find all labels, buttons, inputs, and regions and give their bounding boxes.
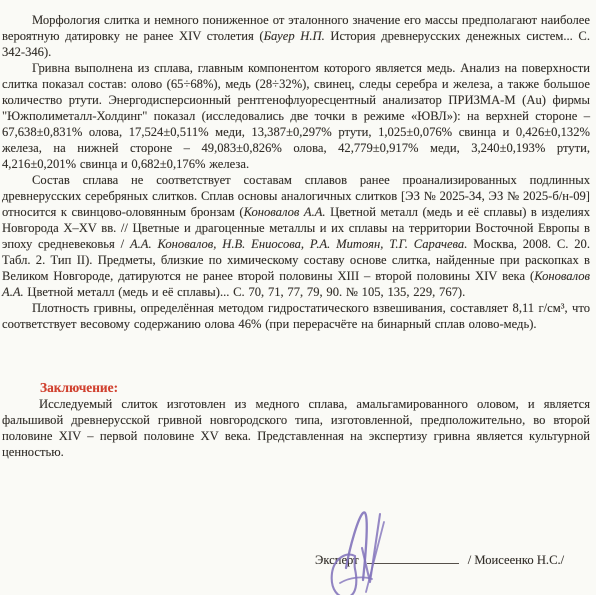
- text-segment: Цветной металл (медь и её сплавы)... С. …: [24, 285, 466, 299]
- signature-row: Эксперт/ Моисеенко Н.С./: [315, 551, 564, 568]
- conclusion-paragraph: Исследуемый слиток изготовлен из медного…: [2, 396, 590, 460]
- expert-name: / Моисеенко Н.С./: [468, 553, 564, 567]
- text-segment: Гривна выполнена из сплава, главным комп…: [2, 61, 590, 171]
- citation-authors: А.А. Коновалов, Н.В. Ениосова, Р.А. Мито…: [130, 237, 467, 251]
- paragraph-morphology-dating: Морфология слитка и немного пониженное о…: [2, 12, 590, 60]
- signature-line: [367, 551, 459, 564]
- text-segment: Исследуемый слиток изготовлен из медного…: [2, 397, 590, 459]
- conclusion-heading: Заключение:: [40, 380, 590, 396]
- paragraph-alloy-analysis: Гривна выполнена из сплава, главным комп…: [2, 60, 590, 172]
- expert-label: Эксперт: [315, 553, 359, 567]
- text-segment: Плотность гривны, определённая методом г…: [2, 301, 590, 331]
- paragraph-composition-comparison: Состав сплава не соответствует составам …: [2, 172, 590, 300]
- citation-author: Бауер Н.П.: [264, 29, 325, 43]
- paragraph-density: Плотность гривны, определённая методом г…: [2, 300, 590, 332]
- document-page: Морфология слитка и немного пониженное о…: [0, 0, 596, 595]
- citation-author: Коновалов А.А.: [244, 205, 326, 219]
- document-body: Морфология слитка и немного пониженное о…: [2, 12, 590, 460]
